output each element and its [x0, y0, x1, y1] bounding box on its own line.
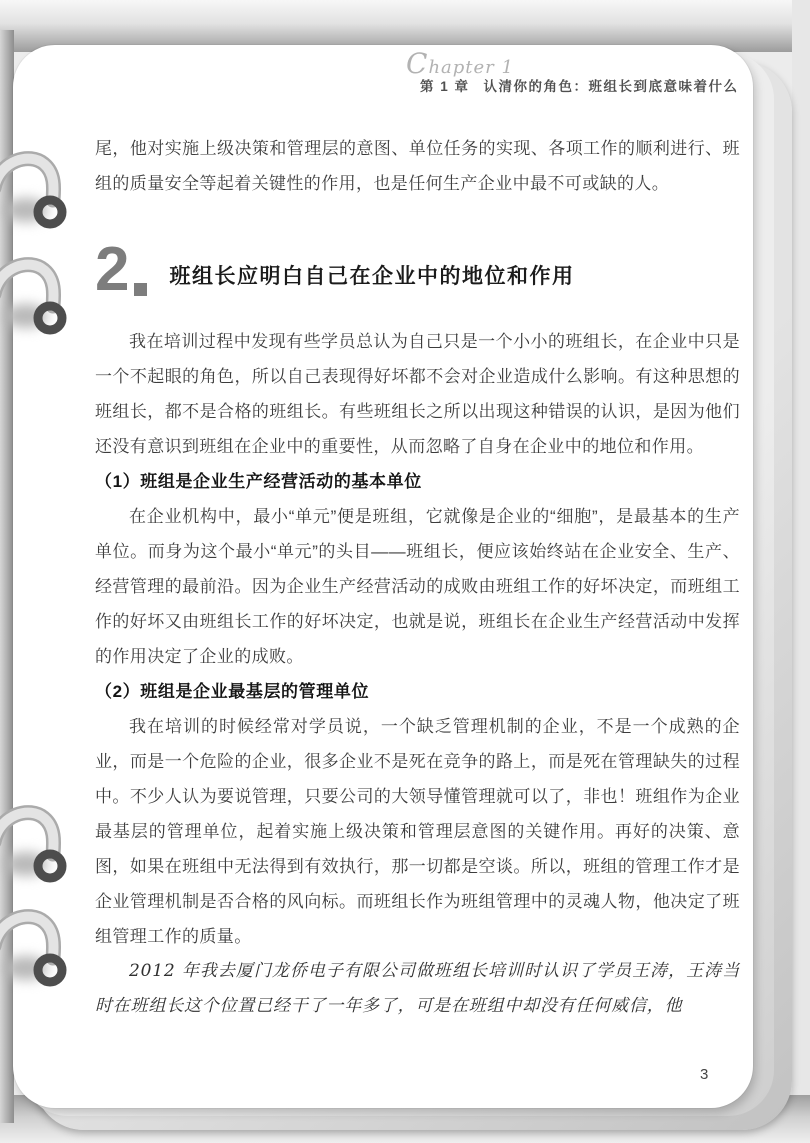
- section-number: 2: [95, 241, 129, 298]
- body-paragraph-continuation: 尾，他对实施上级决策和管理层的意图、单位任务的实现、各项工作的顺利进行、班组的质…: [95, 131, 740, 201]
- body-paragraph: 在企业机构中，最小“单元”便是班组，它就像是企业的“细胞”，是最基本的生产单位。…: [95, 499, 740, 674]
- subsection-heading-2: （2）班组是企业最基层的管理单位: [95, 674, 740, 709]
- binder-ring-icon: [0, 256, 72, 348]
- page-body: 尾，他对实施上级决策和管理层的意图、单位任务的实现、各项工作的顺利进行、班组的质…: [95, 45, 740, 1024]
- binder-ring-icon: [0, 150, 72, 242]
- section-title: 班组长应明白自己在企业中的地位和作用: [147, 264, 574, 298]
- section-number-square: [134, 283, 147, 296]
- subsection-heading-1: （1）班组是企业生产经营活动的基本单位: [95, 464, 740, 499]
- binder-ring-icon: [0, 908, 72, 1000]
- section-heading: 2 班组长应明白自己在企业中的地位和作用: [95, 241, 740, 298]
- body-paragraph-anecdote: 2012 年我去厦门龙侨电子有限公司做班组长培训时认识了学员王涛，王涛当时在班组…: [95, 954, 740, 1024]
- body-paragraph: 我在培训过程中发现有些学员总认为自己只是一个小小的班组长，在企业中只是一个不起眼…: [95, 324, 740, 464]
- background-right-shade: [792, 0, 810, 1143]
- body-paragraph: 我在培训的时候经常对学员说，一个缺乏管理机制的企业，不是一个成熟的企业，而是一个…: [95, 709, 740, 954]
- binder-ring-icon: [0, 804, 72, 896]
- scanned-book-page-scene: Chapter 1 第 1 章认清你的角色：班组长到底意味着什么 尾，他对实施上…: [0, 0, 810, 1143]
- page-number: 3: [700, 1066, 708, 1083]
